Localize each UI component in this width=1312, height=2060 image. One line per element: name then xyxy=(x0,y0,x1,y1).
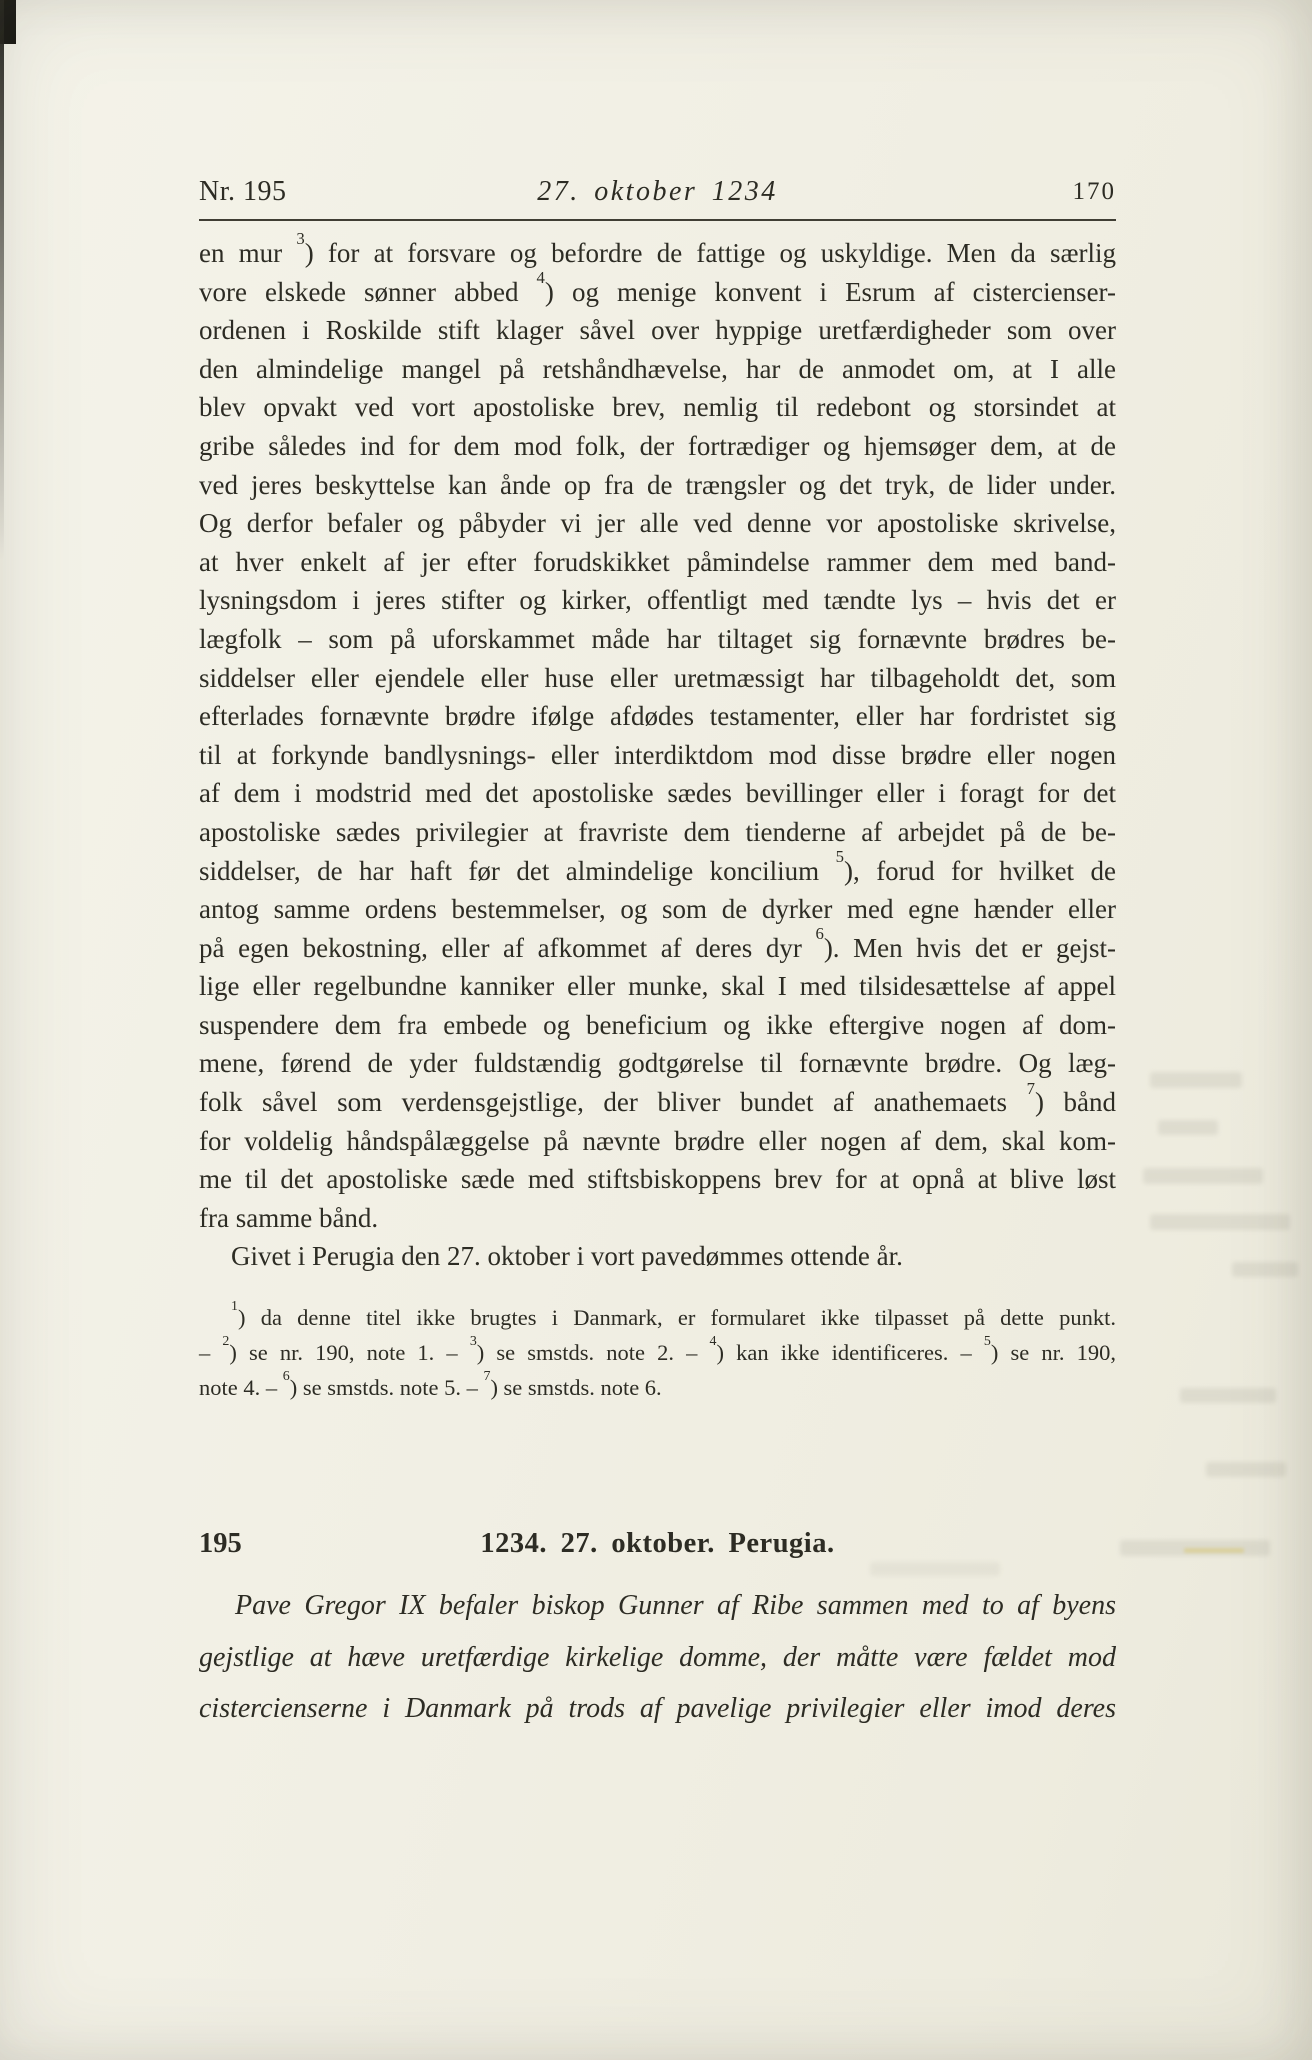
text-line: vore elskede sønner abbed 4) og menige k… xyxy=(199,273,1116,312)
next-entry-heading: 195 1234. 27. oktober. Perugia. xyxy=(199,1528,1116,1564)
text-line: blev opvakt ved vort apostoliske brev, n… xyxy=(199,388,1116,427)
closing-line: fra samme bånd. xyxy=(199,1199,1116,1238)
text-line: ved jeres beskyttelse kan ånde op fra de… xyxy=(199,466,1116,505)
text-line: folk såvel som verdensgejstlige, der bli… xyxy=(199,1083,1116,1122)
bleed-through-artifact xyxy=(870,1562,1000,1576)
entry-title: 1234. 27. oktober. Perugia. xyxy=(199,1528,1116,1560)
text-line: lige eller regelbundne kanniker eller mu… xyxy=(199,967,1116,1006)
text-line: apostoliske sædes privilegier at fravris… xyxy=(199,813,1116,852)
text-line: siddelser eller ejendele eller huse elle… xyxy=(199,659,1116,698)
paper-blemish xyxy=(1184,1548,1244,1553)
bleed-through-artifact xyxy=(1232,1262,1298,1277)
text-line: suspendere dem fra embede og beneficium … xyxy=(199,1006,1116,1045)
scanned-book-page: Nr. 195 27. oktober 1234 170 en mur 3) f… xyxy=(0,0,1312,2060)
text-line: Og derfor befaler og påbyder vi jer alle… xyxy=(199,504,1116,543)
text-line: lysningsdom i jeres stifter og kirker, o… xyxy=(199,581,1116,620)
text-line: på egen bekostning, eller af afkommet af… xyxy=(199,929,1116,968)
header-rule xyxy=(199,219,1116,221)
text-line: mene, førend de yder fuldstændig godtgør… xyxy=(199,1044,1116,1083)
text-line: en mur 3) for at forsvare og befordre de… xyxy=(199,234,1116,273)
dating-line: Givet i Perugia den 27. oktober i vort p… xyxy=(199,1237,1116,1276)
text-line: siddelser, de har haft før det almindeli… xyxy=(199,852,1116,891)
body-justified-lines: en mur 3) for at forsvare og befordre de… xyxy=(199,234,1116,1199)
text-line: gribe således ind for dem mod folk, der … xyxy=(199,427,1116,466)
text-line: me til det apostoliske sæde med stiftsbi… xyxy=(199,1160,1116,1199)
bleed-through-artifact xyxy=(1158,1120,1218,1135)
header-date: 27. oktober 1234 xyxy=(199,176,1116,208)
entry-summary: Pave Gregor IX befaler biskop Gunner af … xyxy=(199,1580,1116,1735)
text-line: at hver enkelt af jer efter forudskikket… xyxy=(199,543,1116,582)
bleed-through-artifact xyxy=(1206,1462,1286,1477)
footnotes-block: 1) da denne titel ikke brugtes i Danmark… xyxy=(199,1300,1116,1405)
text-line: antog samme ordens bestemmelser, og som … xyxy=(199,890,1116,929)
page-number: 170 xyxy=(1073,178,1117,206)
bleed-through-artifact xyxy=(1150,1072,1242,1088)
text-line: cistercienserne i Danmark på trods af pa… xyxy=(199,1683,1116,1735)
text-line: til at forkynde bandlysnings- eller inte… xyxy=(199,736,1116,775)
bleed-through-artifact xyxy=(1150,1214,1290,1230)
text-line: for voldelig håndspålæggelse på nævnte b… xyxy=(199,1122,1116,1161)
text-line: note 4. – 6) se smstds. note 5. – 7) se … xyxy=(199,1370,1116,1405)
page-edge-shadow xyxy=(0,0,4,560)
text-line: af dem i modstrid med det apostoliske sæ… xyxy=(199,774,1116,813)
text-line: den almindelige mangel på retshåndhævels… xyxy=(199,350,1116,389)
bleed-through-artifact xyxy=(1180,1388,1276,1403)
bleed-through-artifact xyxy=(1143,1168,1263,1184)
running-header: Nr. 195 27. oktober 1234 170 xyxy=(199,176,1116,210)
text-line: gejstlige at hæve uretfærdige kirkelige … xyxy=(199,1632,1116,1684)
text-line: Pave Gregor IX befaler biskop Gunner af … xyxy=(199,1580,1116,1632)
text-line: lægfolk – som på uforskammet måde har ti… xyxy=(199,620,1116,659)
document-body: en mur 3) for at forsvare og befordre de… xyxy=(199,234,1116,1276)
text-line: ordenen i Roskilde stift klager såvel ov… xyxy=(199,311,1116,350)
text-line: 1) da denne titel ikke brugtes i Danmark… xyxy=(199,1300,1116,1335)
text-line: efterlades fornævnte brødre ifølge afdød… xyxy=(199,697,1116,736)
text-line: – 2) se nr. 190, note 1. – 3) se smstds.… xyxy=(199,1335,1116,1370)
